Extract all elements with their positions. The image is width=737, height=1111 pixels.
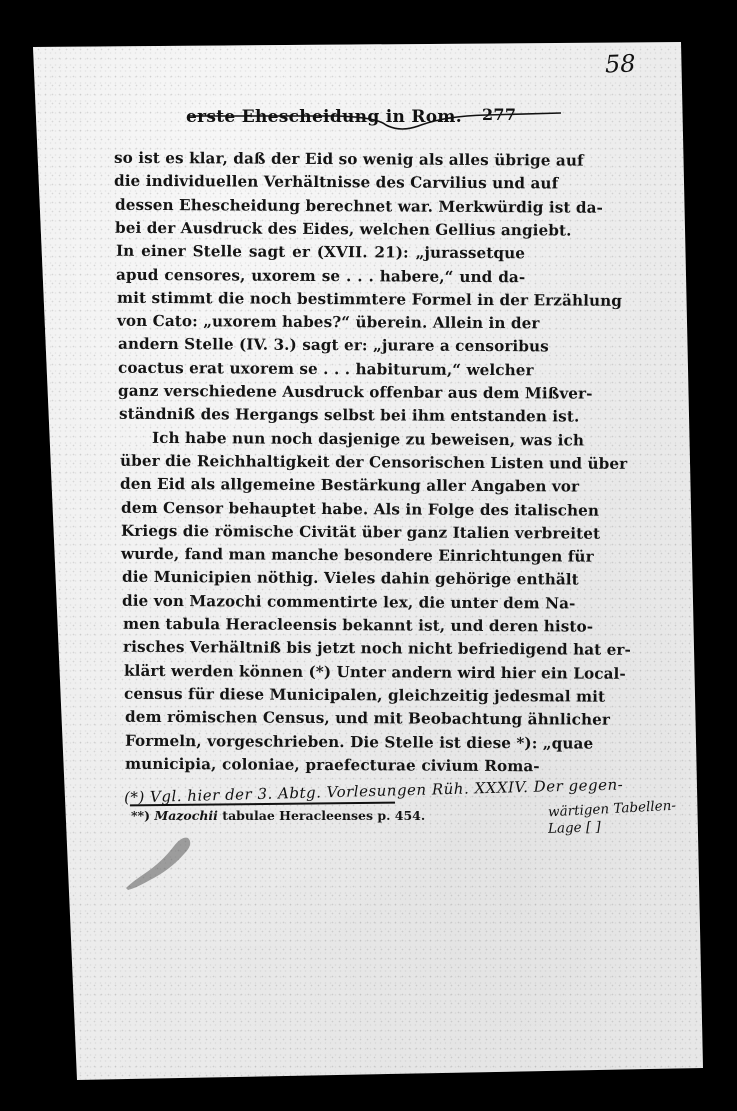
footnote-text: tabulae Heracleenses p. 454. [222, 808, 425, 823]
text-line: Kriegs die römische Civität über ganz It… [121, 521, 533, 544]
text-line: risches Verhältniß bis jetzt noch nicht … [123, 637, 537, 660]
text-line: municipia, coloniae, praefecturae civium… [125, 754, 540, 777]
text-line: dem römischen Census, und mit Beobachtun… [124, 707, 538, 730]
text-line: über die Reichhaltigkeit der Censorische… [120, 451, 531, 474]
text-line: dessen Ehescheidung berechnet war. Merkw… [115, 194, 524, 216]
text-line: die individuellen Verhältnisse des Carvi… [114, 171, 522, 193]
footnote-author: Mazochii [154, 808, 218, 823]
text-line: dem Censor behauptet habe. Als in Folge … [121, 497, 533, 520]
text-line: ständniß des Hergangs selbst bei ihm ent… [119, 404, 530, 427]
text-line: den Eid als allgemeine Bestärkung aller … [120, 474, 532, 497]
handwritten-note-line-3: Lage [ ] [548, 819, 601, 837]
text-line: In einer Stelle sagt er (XVII. 21): „jur… [116, 241, 525, 263]
text-line: coactus erat uxorem se . . . habiturum,“… [118, 357, 528, 380]
text-line: so ist es klar, daß der Eid so wenig als… [114, 148, 522, 170]
text-line: ganz verschiedene Ausdruck offenbar aus … [118, 381, 529, 404]
text-line: mit stimmt die noch bestimmtere Formel i… [117, 288, 527, 311]
text-line: die Municipien nöthig. Vieles dahin gehö… [122, 567, 535, 590]
text-line: klärt werden können (*) Unter andern wir… [124, 660, 538, 683]
text-line: wurde, fand man manche besondere Einrich… [121, 544, 534, 567]
text-line: census für diese Municipalen, gleichzeit… [124, 684, 538, 707]
text-line: Formeln, vorgeschrieben. Die Stelle ist … [125, 730, 540, 753]
footnote-marker: **) [131, 808, 150, 823]
footnote: **) Mazochii tabulae Heracleenses p. 454… [131, 808, 425, 823]
body-text: so ist es klar, daß der Eid so wenig als… [0, 0, 737, 1111]
text-line: men tabula Heracleensis bekannt ist, und… [123, 614, 536, 637]
text-line: die von Mazochi commentirte lex, die unt… [122, 590, 535, 613]
text-line: apud censores, uxorem se . . . habere,“ … [116, 264, 525, 286]
text-line: Ich habe nun noch dasjenige zu beweisen,… [152, 427, 530, 449]
text-line: bei der Ausdruck des Eides, welchen Gell… [115, 218, 524, 240]
text-line: andern Stelle (IV. 3.) sagt er: „jurare … [117, 334, 527, 357]
text-line: von Cato: „uxorem habes?“ überein. Allei… [117, 311, 527, 334]
